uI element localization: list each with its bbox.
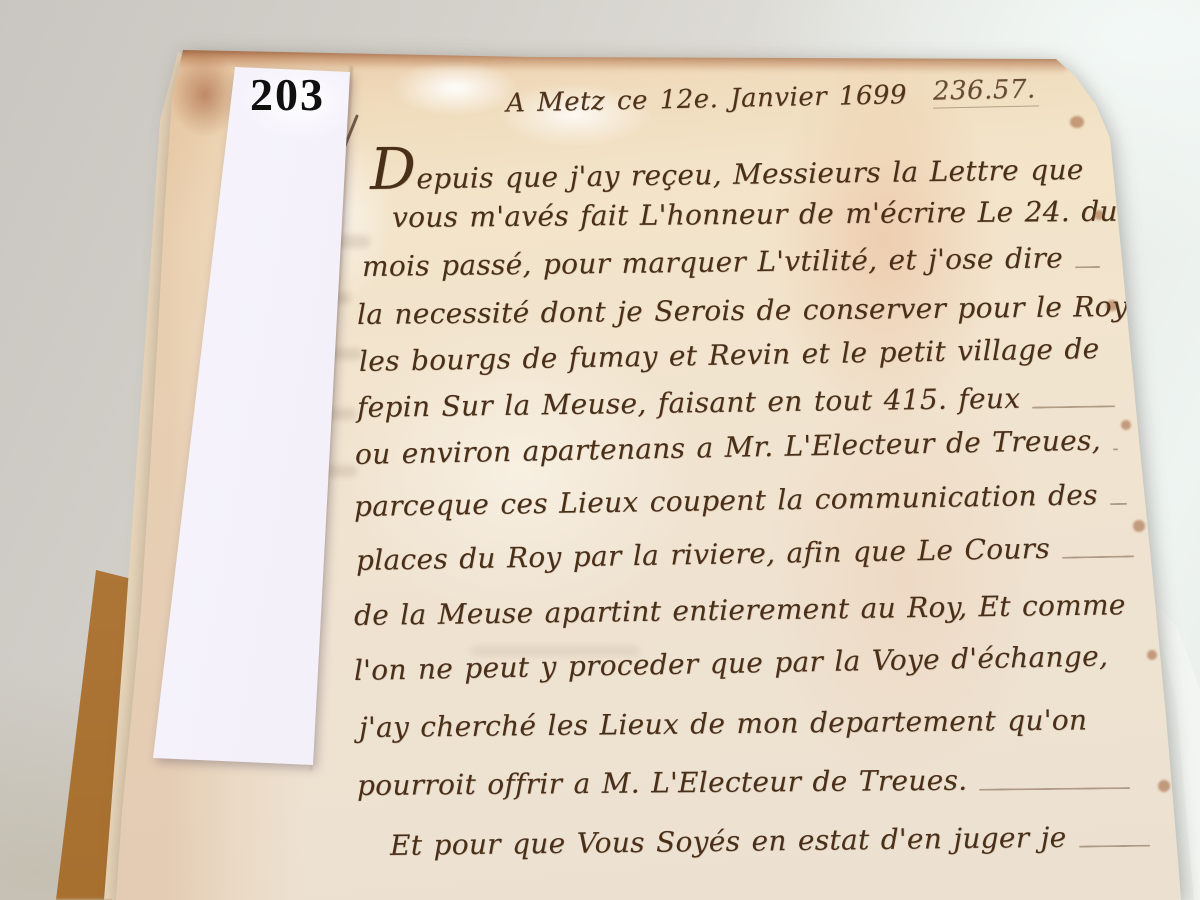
- archive-number-label: 203: [250, 72, 325, 118]
- photo-scene: A Metz ce 12e. Janvier 1699236.57. Depui…: [0, 0, 1200, 900]
- archive-strip-wrap: 203: [0, 0, 1200, 900]
- archive-strip: [0, 0, 1200, 900]
